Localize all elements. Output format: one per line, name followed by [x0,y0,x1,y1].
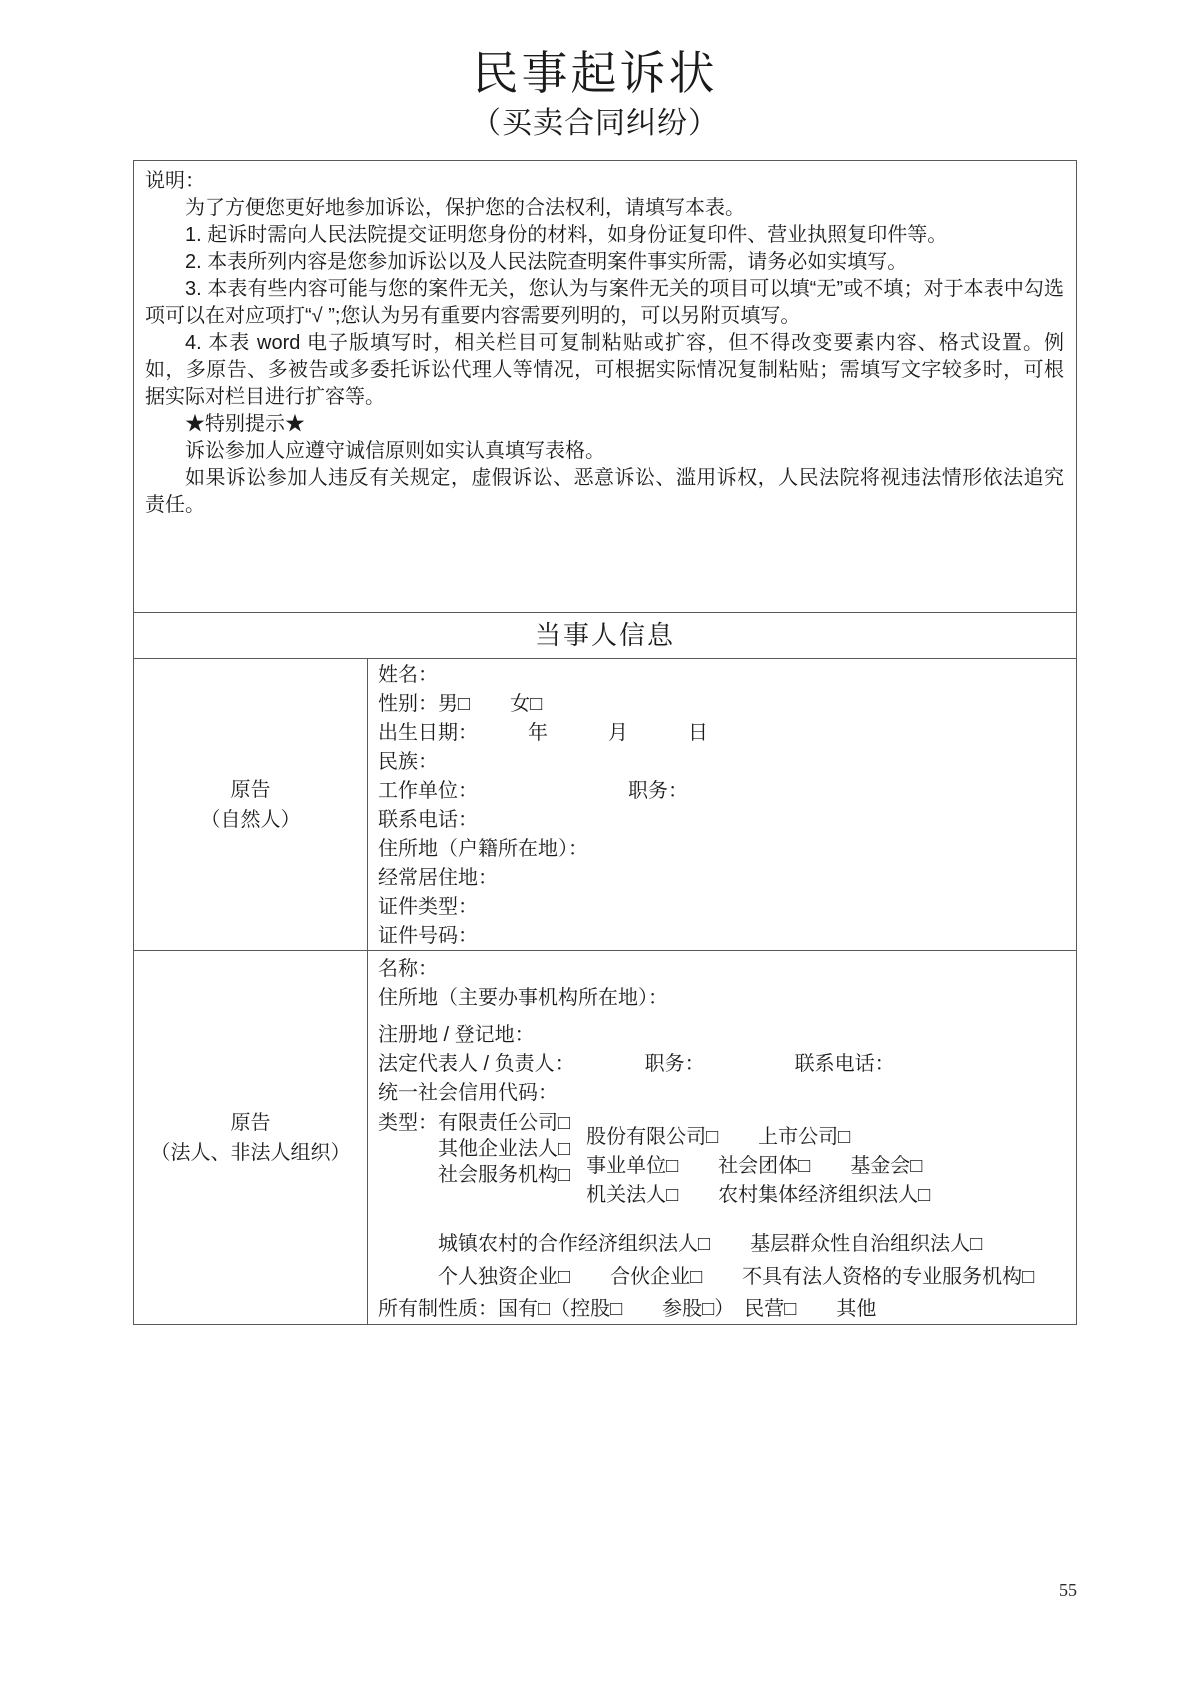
instruction-paragraph: 如果诉讼参加人违反有关规定，虚假诉讼、恶意诉讼、滥用诉权，人民法院将视违法情形依… [145,465,1064,519]
form-field-line: 出生日期： 年 月 日 [378,719,1066,748]
instruction-paragraph: 4. 本表 word 电子版填写时，相关栏目可复制粘贴或扩容，但不得改变要素内容… [145,330,1064,411]
form-field-line: 注册地 / 登记地： [378,1021,1066,1050]
form-field-line: 统一社会信用代码： [378,1079,1066,1108]
instructions-heading: 说明： [145,168,1064,195]
entity-type-column-1: 有限责任公司□ 其他企业法人□ 社会服务机构□ [438,1110,570,1188]
row-label-line1: 原告 [231,775,271,805]
instructions-cell: 说明： 为了方便您更好地参加诉讼，保护您的合法权利，请填写本表。 1. 起诉时需… [134,161,1076,613]
document-title: 民事起诉状 [0,44,1190,102]
form-field-line: 证件号码： [378,922,1066,951]
instruction-paragraph: 为了方便您更好地参加诉讼，保护您的合法权利，请填写本表。 [145,195,1064,222]
instruction-paragraph: 诉讼参加人应遵守诚信原则如实认真填写表格。 [145,438,1064,465]
form-field-line: 经常居住地： [378,864,1066,893]
entity-type-option-line: 社会服务机构□ [438,1162,570,1188]
form-field-line: 证件类型： [378,893,1066,922]
form-field-line: 住所地（主要办事机构所在地）： [378,984,1066,1013]
entity-type-label: 类型： [378,1110,438,1136]
entity-type-option-line: 城镇农村的合作经济组织法人□ 基层群众性自治组织法人□ [438,1228,1066,1261]
instruction-paragraph: 1. 起诉时需向人民法院提交证明您身份的材料，如身份证复印件、营业执照复印件等。 [145,222,1064,249]
entity-type-column-2: 股份有限公司□ 上市公司□ 事业单位□ 社会团体□ 基金会□ 机关法人□ 农村集… [586,1123,930,1210]
form-field-line: 名称： [378,955,1066,984]
form-field-line: 工作单位： 职务： [378,777,1066,806]
entity-type-option-line: 股份有限公司□ 上市公司□ [586,1123,930,1152]
document-subtitle: （买卖合同纠纷） [0,104,1190,144]
row-label-line2: （自然人） [201,805,301,835]
row-plaintiff-organization: 原告 （法人、非法人组织） 名称： 住所地（主要办事机构所在地）： 注册地 / … [134,951,1076,1324]
form-field-line: 性别：男□ 女□ [378,690,1066,719]
form-field-line: 住所地（户籍所在地）： [378,835,1066,864]
entity-type-option-line: 个人独资企业□ 合伙企业□ 不具有法人资格的专业服务机构□ [438,1261,1066,1294]
row-label-line1: 原告 [231,1108,271,1138]
form-field-line: 联系电话： [378,806,1066,835]
row-label-natural-person: 原告 （自然人） [134,659,368,950]
instruction-paragraph: 3. 本表有些内容可能与您的案件无关，您认为与案件无关的项目可以填“无”或不填；… [145,276,1064,330]
row-label-organization: 原告 （法人、非法人组织） [134,951,368,1324]
form-field-line: 法定代表人 / 负责人： 职务： 联系电话： [378,1050,1066,1079]
page-number: 55 [1059,1580,1077,1601]
row-label-line2: （法人、非法人组织） [151,1138,351,1168]
form-field-line: 姓名： [378,661,1066,690]
form-field-line: 民族： [378,748,1066,777]
instructions-paragraph-list: 为了方便您更好地参加诉讼，保护您的合法权利，请填写本表。 1. 起诉时需向人民法… [145,195,1064,519]
entity-type-group: 类型： 有限责任公司□ 其他企业法人□ 社会服务机构□ 股份有限公司□ [378,1110,1066,1210]
organization-fields: 名称： 住所地（主要办事机构所在地）： 注册地 / 登记地： 法定代表人 / 负… [368,951,1076,1324]
ownership-nature-line: 所有制性质：国有□（控股□ 参股□） 民营□ 其他 [378,1294,1066,1325]
document-page: 民事起诉状 （买卖合同纠纷） 说明： 为了方便您更好地参加诉讼，保护您的合法权利… [0,0,1190,1683]
organization-field-list: 名称： 住所地（主要办事机构所在地）： 注册地 / 登记地： 法定代表人 / 负… [378,955,1066,1108]
entity-type-option-line: 其他企业法人□ [438,1136,570,1162]
instruction-paragraph: ★特别提示★ [145,411,1064,438]
entity-type-extra-lines: 城镇农村的合作经济组织法人□ 基层群众性自治组织法人□ 个人独资企业□ 合伙企业… [378,1228,1066,1294]
complaint-form-table: 说明： 为了方便您更好地参加诉讼，保护您的合法权利，请填写本表。 1. 起诉时需… [133,160,1077,1325]
entity-type-option-line: 机关法人□ 农村集体经济组织法人□ [586,1181,930,1210]
natural-person-fields: 姓名： 性别：男□ 女□ 出生日期： 年 月 日 民族： 工作单位： 职务： 联… [368,659,1076,950]
entity-type-option-line: 事业单位□ 社会团体□ 基金会□ [586,1152,930,1181]
entity-type-option-line: 有限责任公司□ [438,1110,570,1136]
row-plaintiff-natural-person: 原告 （自然人） 姓名： 性别：男□ 女□ 出生日期： 年 月 日 民族： 工作… [134,659,1076,951]
instruction-paragraph: 2. 本表所列内容是您参加诉讼以及人民法院查明案件事实所需，请务必如实填写。 [145,249,1064,276]
section-header-party-info: 当事人信息 [134,613,1076,659]
